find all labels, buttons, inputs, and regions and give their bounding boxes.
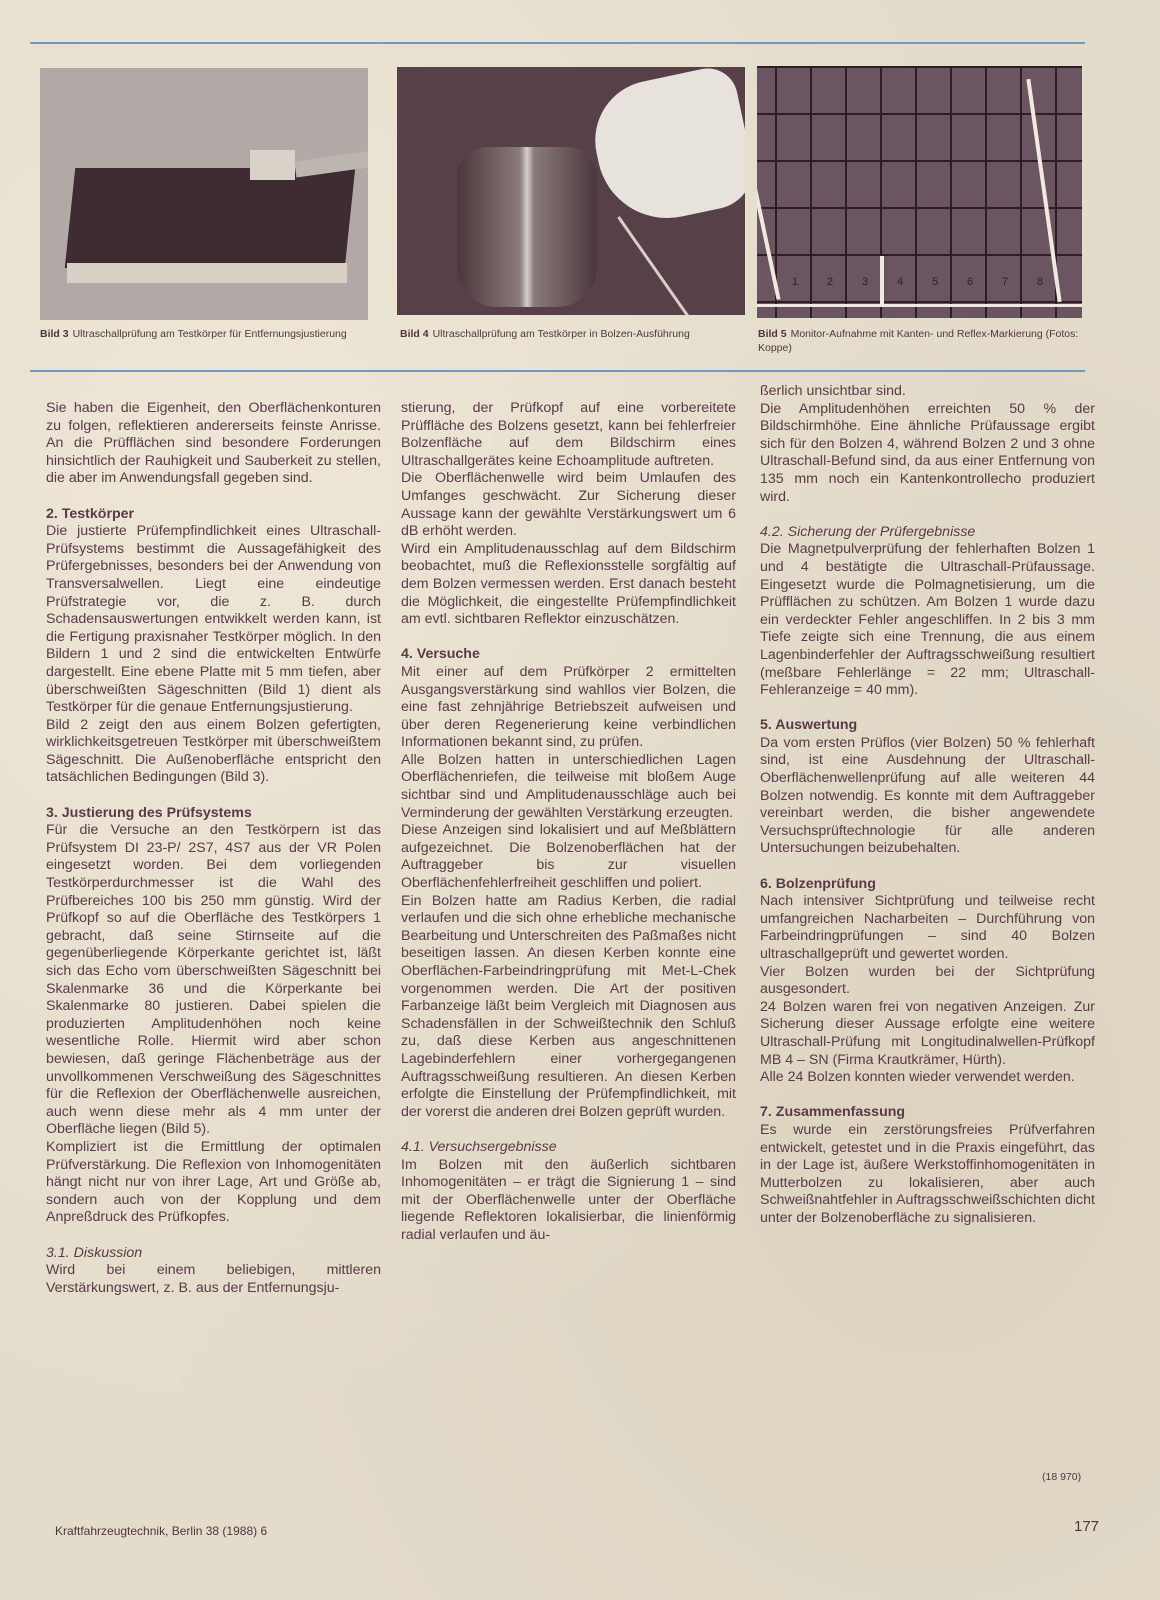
scale-mark: 8 [1037, 276, 1043, 288]
paragraph: Alle Bolzen hatten in unterschiedlichen … [401, 752, 736, 822]
paragraph: Die Amplitudenhöhen erreichten 50 % der … [760, 401, 1095, 507]
baseline [757, 304, 1082, 307]
paragraph: Die Oberflächenwelle wird beim Umlaufen … [401, 470, 736, 540]
figure-5-caption: Bild 5Monitor-Aufnahme mit Kanten- und R… [758, 327, 1088, 355]
page-number: 177 [1074, 1518, 1099, 1535]
scale-mark: 6 [967, 276, 973, 288]
scale-mark: 3 [862, 276, 868, 288]
figure-label: Bild 4 [400, 328, 429, 340]
figure-label: Bild 5 [758, 328, 787, 340]
paragraph: Diese Anzeigen sind lokalisiert und auf … [401, 822, 736, 892]
ultrasonic-probe [250, 150, 295, 180]
section-heading: 7. Zusammenfassung [760, 1104, 1095, 1122]
paragraph: Es wurde ein zerstörungsfreies Prüfverfa… [760, 1122, 1095, 1228]
paragraph: stierung, der Prüfkopf auf eine vorberei… [401, 400, 736, 470]
section-heading: 3. Justierung des Prüfsystems [46, 805, 381, 823]
scale-mark: 5 [932, 276, 938, 288]
figure-4-photo [397, 67, 745, 315]
scale-mark: 7 [1002, 276, 1008, 288]
text-column-2: stierung, der Prüfkopf auf eine vorberei… [401, 400, 736, 1245]
subsection-heading: 3.1. Diskussion [46, 1245, 381, 1263]
paragraph: Für die Versuche an den Testkörpern ist … [46, 822, 381, 1139]
paragraph: Kompliziert ist die Ermittlung der optim… [46, 1139, 381, 1227]
text-column-3: ßerlich unsichtbar sind. Die Amplitudenh… [760, 383, 1095, 1228]
paragraph: Alle 24 Bolzen konnten wieder verwendet … [760, 1069, 1095, 1087]
figure-caption-text: Ultraschallprüfung am Testkörper in Bolz… [433, 328, 690, 340]
bolt-test-piece [457, 147, 597, 307]
paragraph: Die Magnetpulverprüfung der fehlerhaften… [760, 541, 1095, 699]
reflex-peak [880, 256, 884, 306]
paragraph: Wird ein Amplitudenausschlag auf dem Bil… [401, 541, 736, 629]
scale-mark: 2 [827, 276, 833, 288]
scale-mark: 1 [792, 276, 798, 288]
paragraph: 24 Bolzen waren frei von negativen Anzei… [760, 999, 1095, 1069]
test-plate [65, 168, 356, 268]
paragraph: Wird bei einem beliebigen, mittleren Ver… [46, 1262, 381, 1297]
paragraph: Nach intensiver Sichtprüfung und teilwei… [760, 893, 1095, 963]
section-heading: 5. Auswertung [760, 717, 1095, 735]
section-heading: 4. Versuche [401, 646, 736, 664]
hand-holding-probe [584, 67, 745, 231]
probe-cable [617, 216, 711, 315]
section-heading: 2. Testkörper [46, 506, 381, 524]
caption-separator-rule [30, 370, 1085, 372]
figure-3-photo [40, 68, 368, 320]
paragraph: Ein Bolzen hatte am Radius Kerben, die r… [401, 893, 736, 1122]
paragraph: Mit einer auf dem Prüfkörper 2 ermittelt… [401, 664, 736, 752]
figure-caption-text: Ultraschallprüfung am Testkörper für Ent… [73, 328, 347, 340]
text-column-1: Sie haben die Eigenheit, den Oberflächen… [46, 400, 381, 1297]
journal-footer: Kraftfahrzeugtechnik, Berlin 38 (1988) 6 [55, 1524, 267, 1538]
test-plate-edge [67, 263, 347, 283]
figure-label: Bild 3 [40, 328, 69, 340]
article-reference-number: (18 970) [1042, 1471, 1081, 1483]
paragraph: Die justierte Prüfempfindlichkeit eines … [46, 523, 381, 717]
figure-5-photo: 1 2 3 4 5 6 7 8 [757, 66, 1082, 318]
top-rule [30, 42, 1085, 44]
paragraph: Im Bolzen mit den äußerlich sichtbaren I… [401, 1157, 736, 1245]
subsection-heading: 4.1. Versuchsergebnisse [401, 1139, 736, 1157]
subsection-heading: 4.2. Sicherung der Prüfergebnisse [760, 524, 1095, 542]
figure-3-caption: Bild 3Ultraschallprüfung am Testkörper f… [40, 327, 370, 341]
paragraph: ßerlich unsichtbar sind. [760, 383, 1095, 401]
scale-mark: 4 [897, 276, 903, 288]
figure-4-caption: Bild 4Ultraschallprüfung am Testkörper i… [400, 327, 740, 341]
paragraph: Sie haben die Eigenheit, den Oberflächen… [46, 400, 381, 488]
section-heading: 6. Bolzenprüfung [760, 876, 1095, 894]
figure-caption-text: Monitor-Aufnahme mit Kanten- und Reflex-… [758, 328, 1078, 354]
paragraph: Da vom ersten Prüflos (vier Bolzen) 50 %… [760, 735, 1095, 858]
paragraph: Vier Bolzen wurden bei der Sichtprüfung … [760, 964, 1095, 999]
paragraph: Bild 2 zeigt den aus einem Bolzen gefert… [46, 717, 381, 787]
